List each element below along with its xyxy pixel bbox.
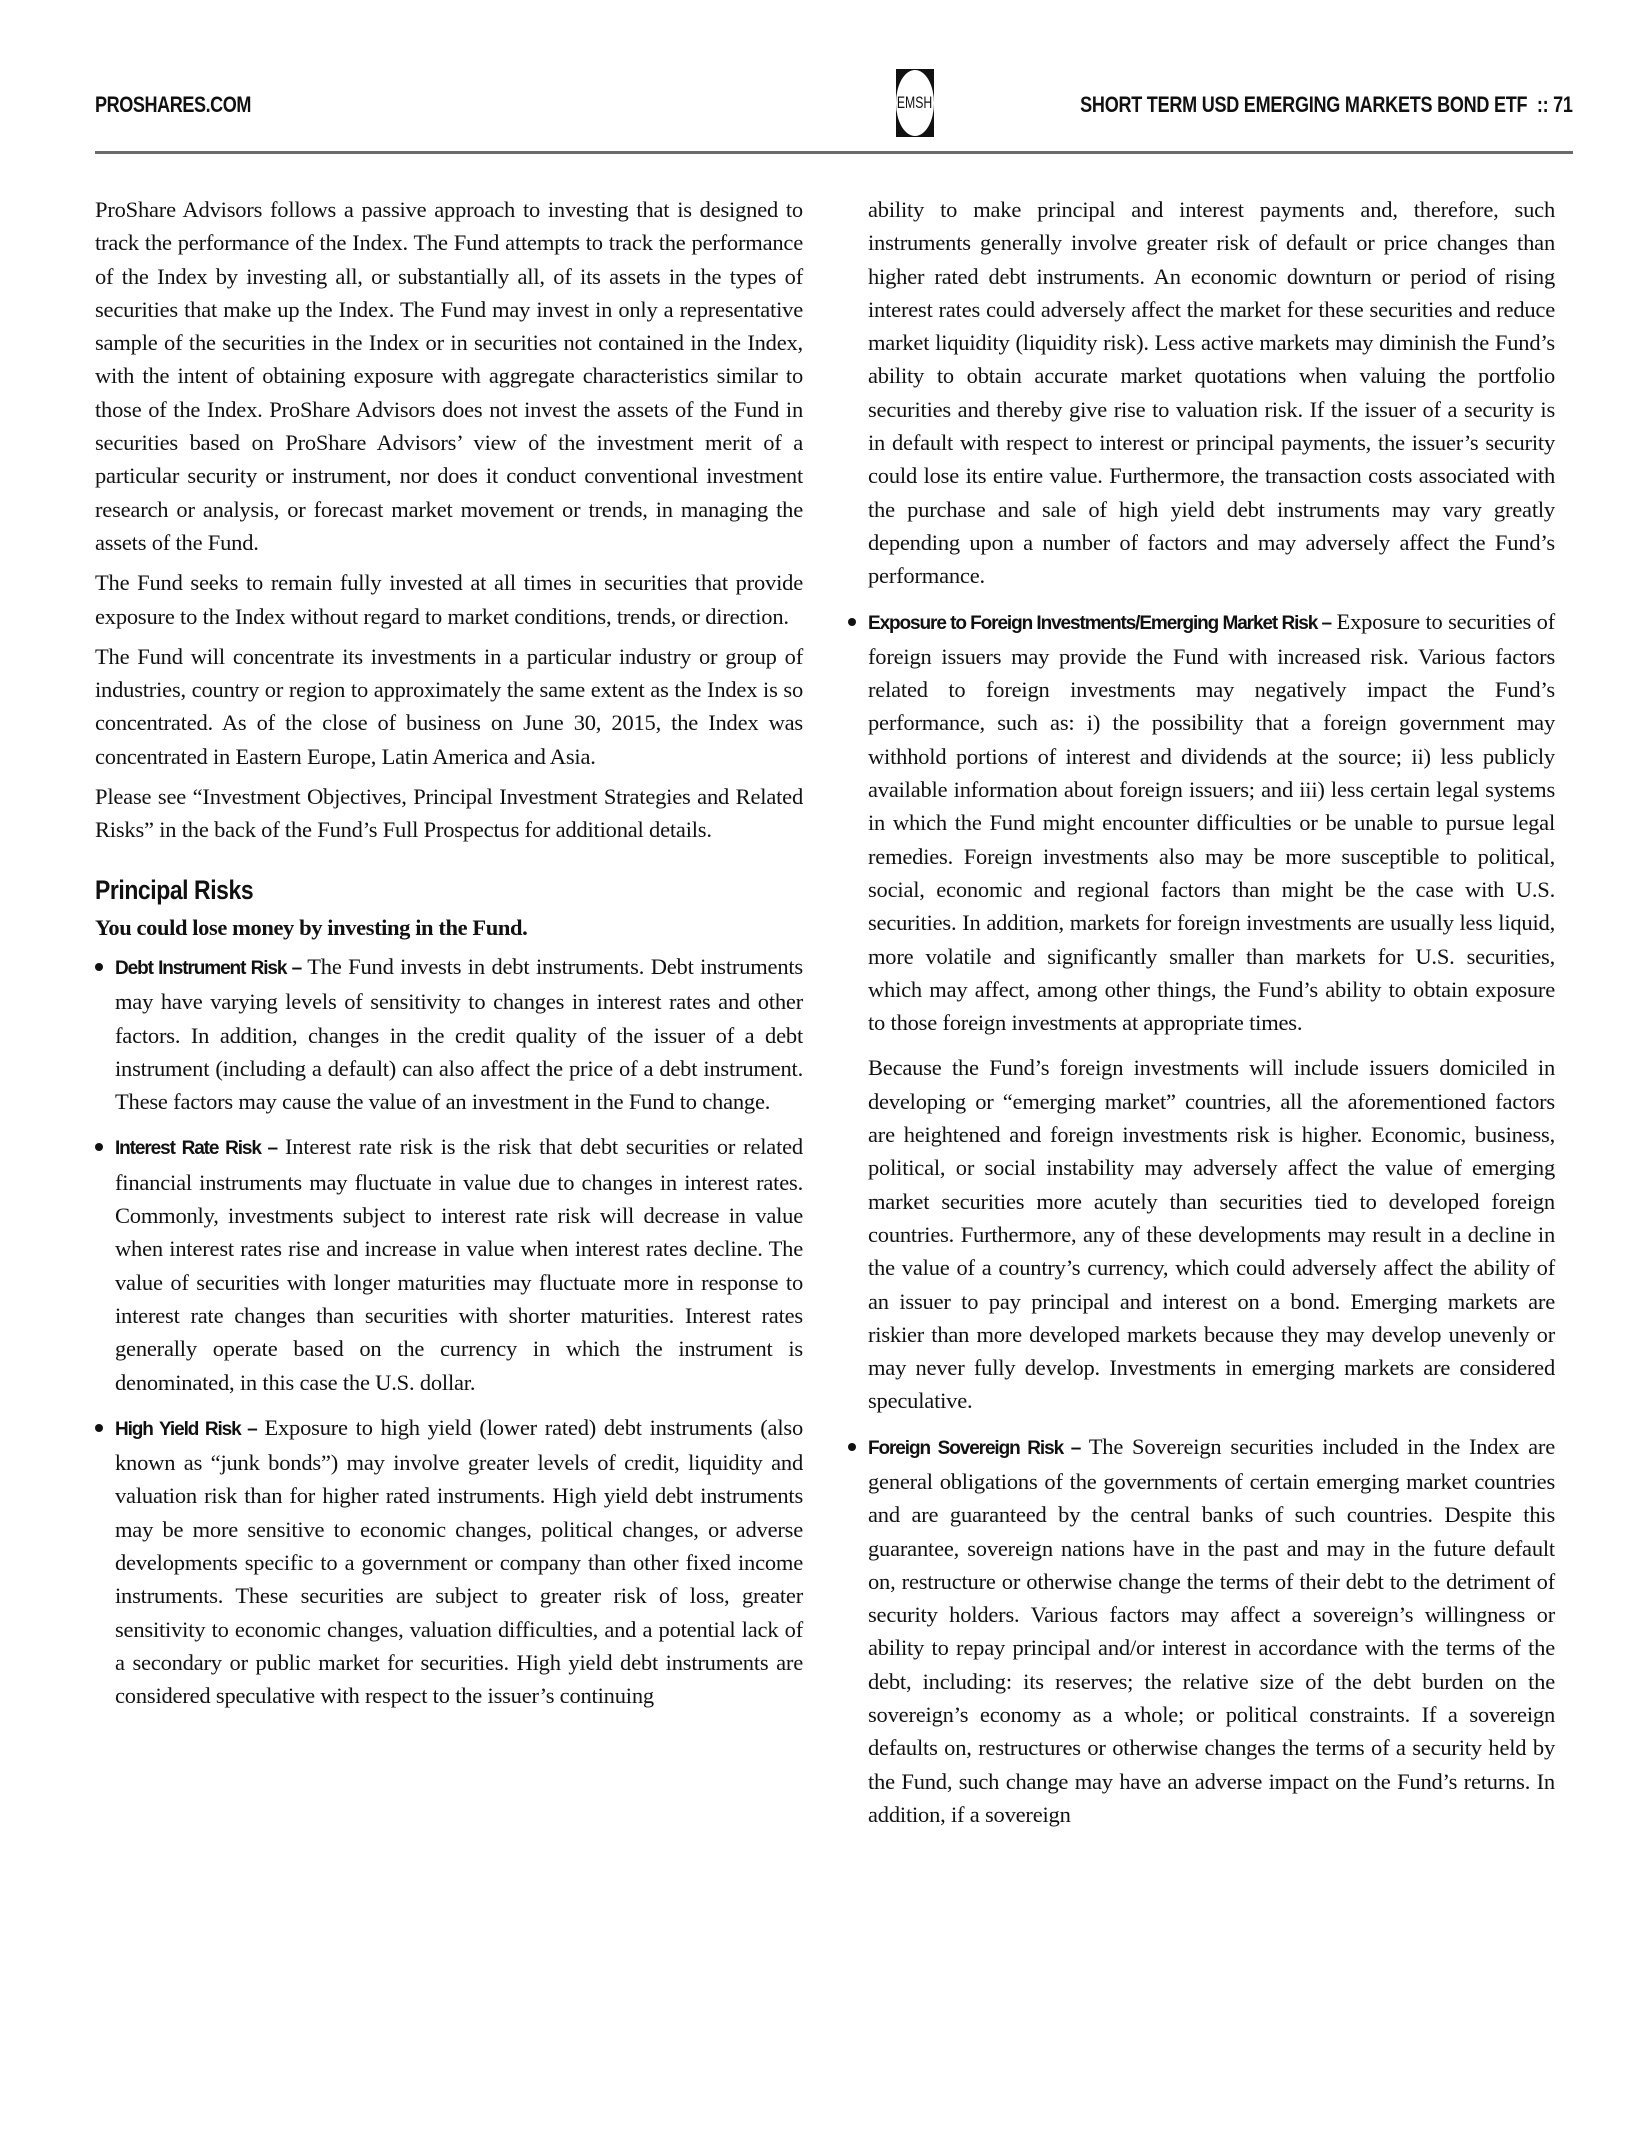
risk-item-high-yield: High Yield Risk – Exposure to high yield… [95,1411,803,1713]
risk-item-foreign-sovereign: Foreign Sovereign Risk – The Sovereign s… [848,1430,1555,1832]
risk-text: Exposure to securities of foreign issuer… [868,609,1555,1036]
risk-item-debt-instrument: Debt Instrument Risk – The Fund invests … [95,950,803,1118]
risk-term: Exposure to Foreign Investments/Emerging… [868,613,1331,634]
risk-term: Debt Instrument Risk – [115,958,301,979]
running-header: SHORT TERM USD EMERGING MARKETS BOND ETF… [1080,92,1573,118]
emsh-logo-icon: EMSH [896,69,934,137]
logo-circle: EMSH [896,70,934,136]
right-column: ability to make principal and interest p… [848,193,1555,1843]
risk-item-interest-rate: Interest Rate Risk – Interest rate risk … [95,1130,803,1398]
bullet-icon [95,1424,103,1432]
risk-text: The Sovereign securities included in the… [868,1434,1555,1827]
risk-item-foreign-emerging: Exposure to Foreign Investments/Emerging… [848,605,1555,1040]
section-title-principal-risks: Principal Risks [95,873,697,907]
site-name: PROSHARES.COM [95,92,251,118]
bullet-icon [95,963,103,971]
page-number: 71 [1553,92,1573,117]
bullet-icon [95,1143,103,1151]
bullet-icon [848,618,856,626]
risk-text: Exposure to high yield (lower rated) deb… [115,1415,803,1708]
document-title: SHORT TERM USD EMERGING MARKETS BOND ETF [1080,92,1527,117]
risk-lead-statement: You could lose money by investing in the… [95,911,803,944]
header-rule [95,151,1573,154]
bullet-icon [848,1443,856,1451]
risk-text: Interest rate risk is the risk that debt… [115,1134,803,1394]
risk-term: Interest Rate Risk – [115,1138,277,1159]
paragraph-see-prospectus: Please see “Investment Objectives, Princ… [95,780,803,847]
emerging-markets-paragraph: Because the Fund’s foreign investments w… [868,1051,1555,1417]
left-column: ProShare Advisors follows a passive appr… [95,193,803,1724]
paragraph-fully-invested: The Fund seeks to remain fully invested … [95,566,803,633]
risk-list-right-2: Foreign Sovereign Risk – The Sovereign s… [848,1430,1555,1832]
paragraph-concentration: The Fund will concentrate its investment… [95,640,803,773]
high-yield-continuation: ability to make principal and interest p… [868,193,1555,593]
risk-term: High Yield Risk – [115,1419,257,1440]
risk-list-left: Debt Instrument Risk – The Fund invests … [95,950,803,1713]
paragraph-passive-approach: ProShare Advisors follows a passive appr… [95,193,803,559]
logo-text: EMSH [897,93,932,113]
risk-list-right: Exposure to Foreign Investments/Emerging… [848,605,1555,1040]
risk-term: Foreign Sovereign Risk – [868,1438,1080,1459]
title-separator: :: [1537,92,1549,117]
